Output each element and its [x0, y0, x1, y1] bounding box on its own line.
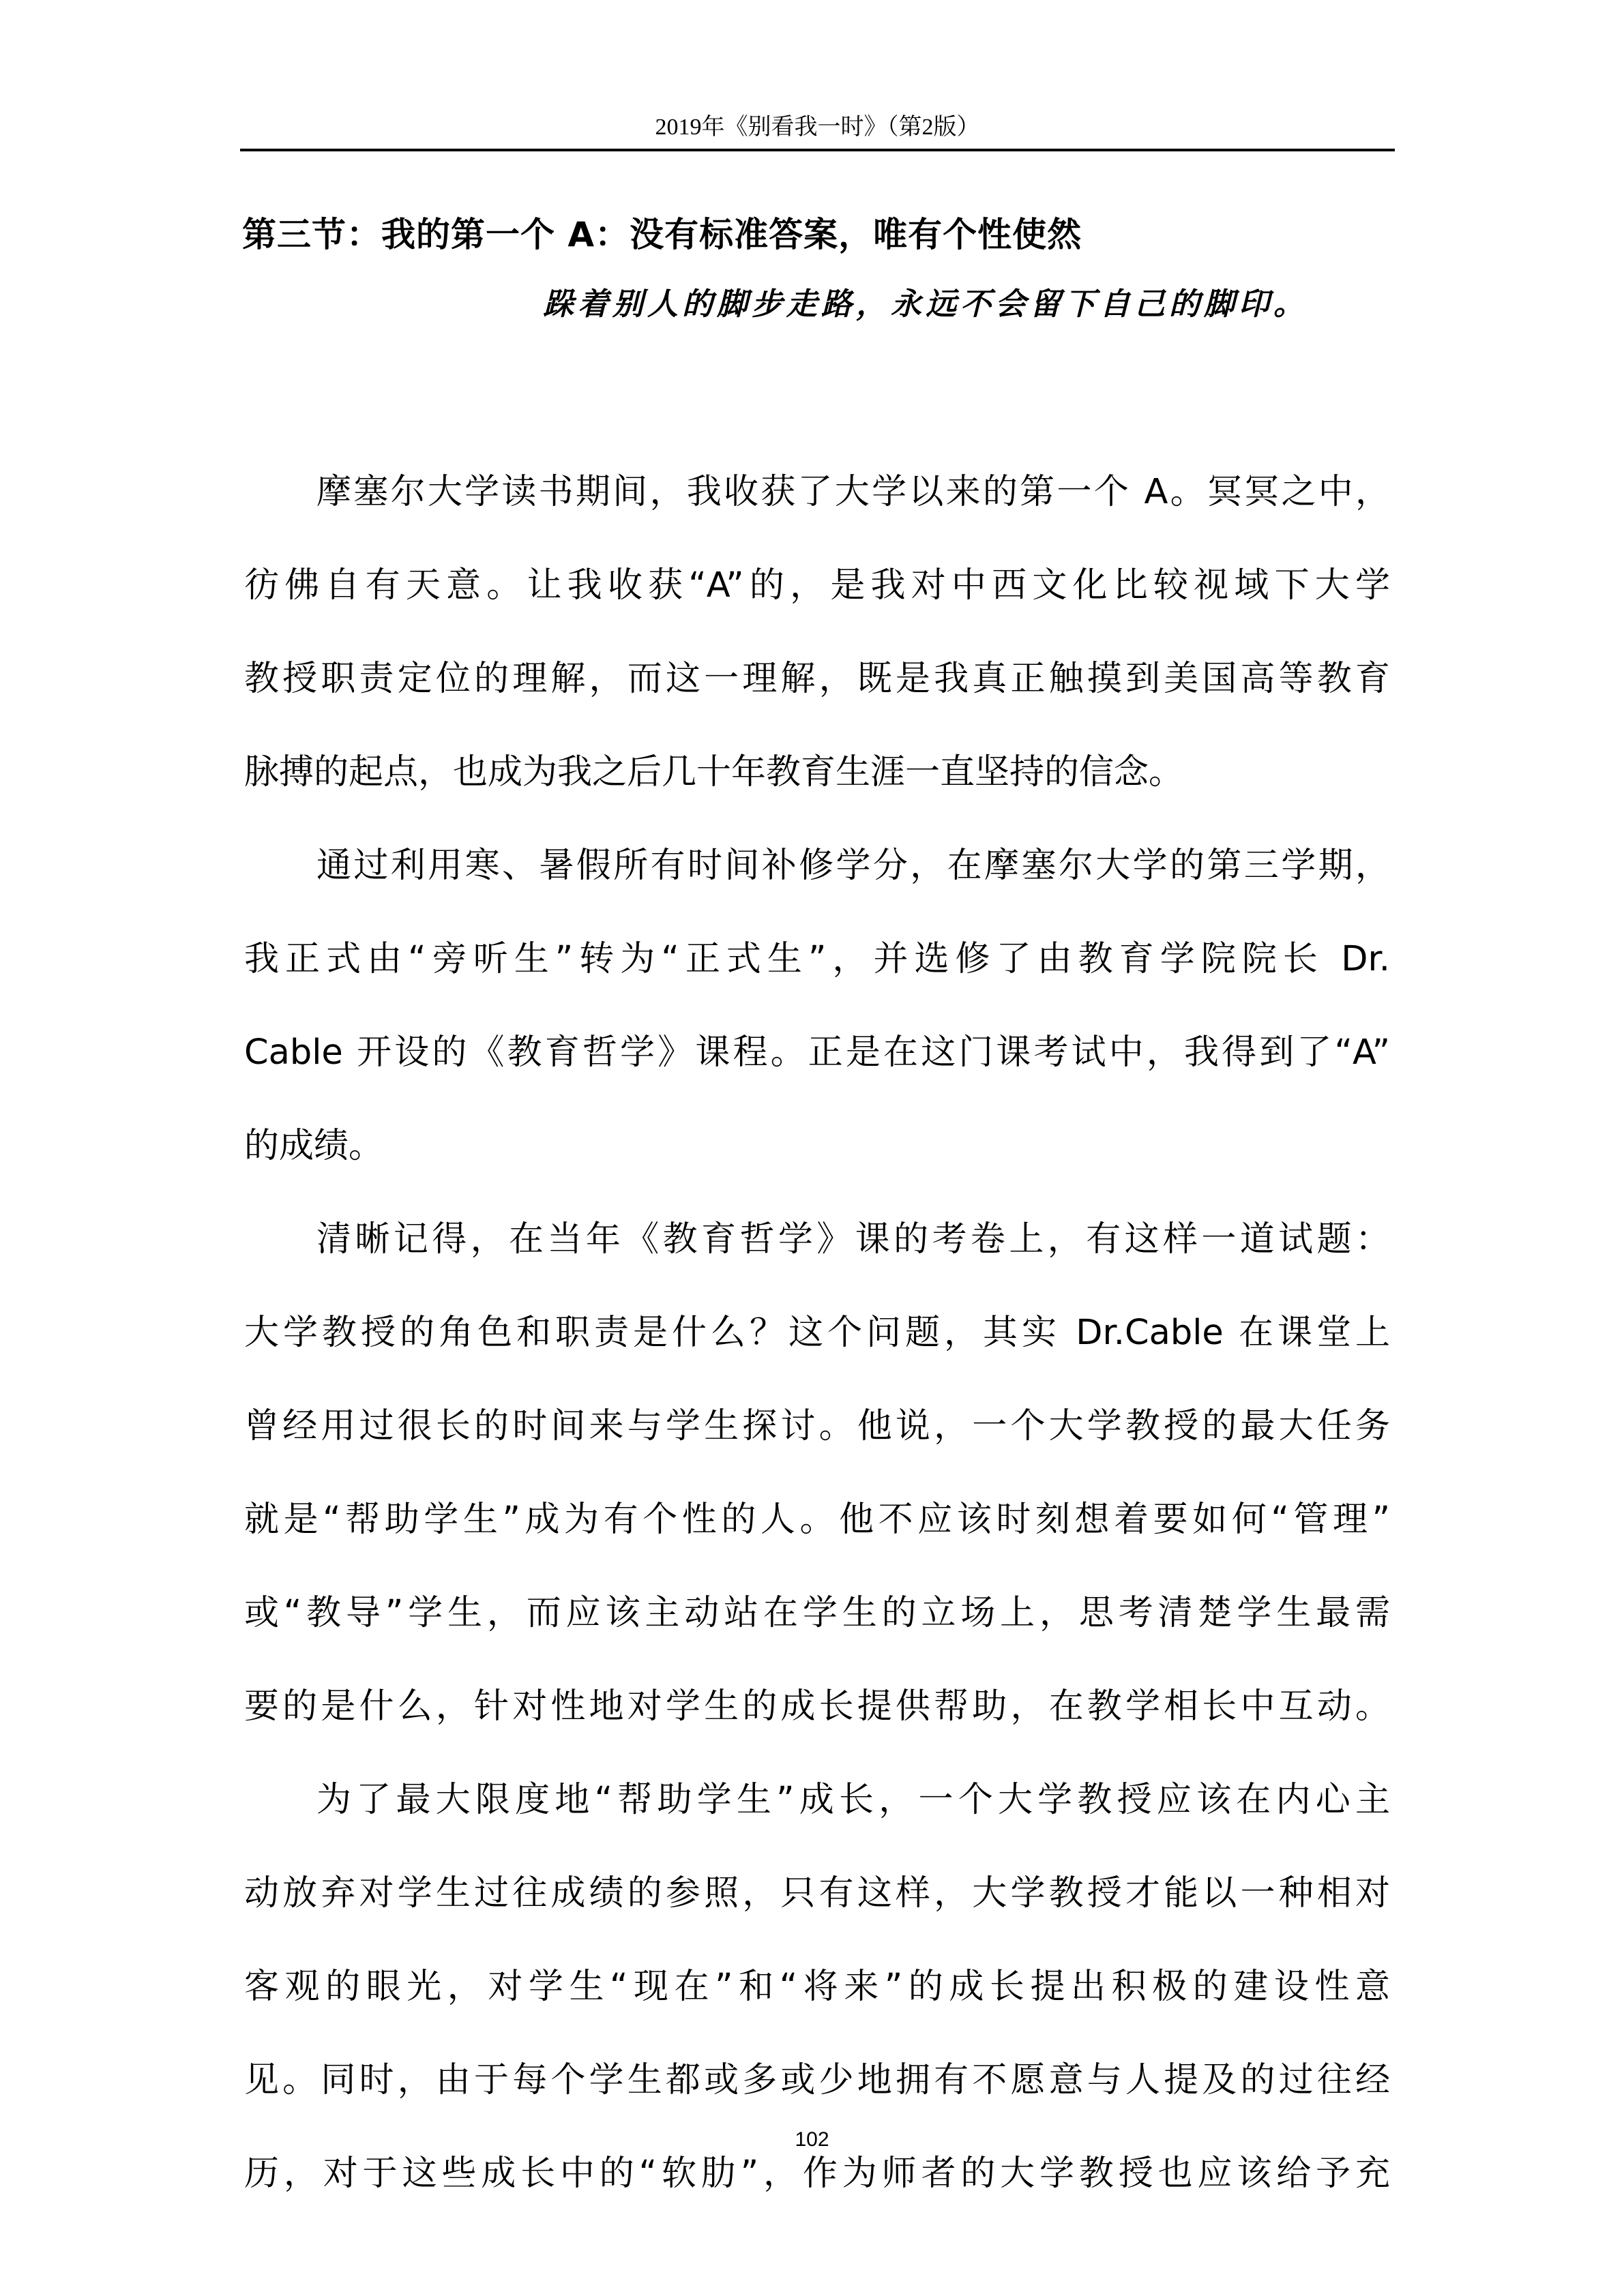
body-text: 摩塞尔大学读书期间，我收获了大学以来的第一个 A。冥冥之中，彷佛自有天意。让我收… — [244, 465, 1390, 2240]
running-header: 2019年《别看我一时》（第2版） — [240, 110, 1395, 145]
body-line: 要的是什么，针对性地对学生的成长提供帮助，在教学相长中互动。 — [244, 1680, 1390, 1773]
body-line: 客观的眼光，对学生“现在”和“将来”的成长提出积极的建设性意 — [244, 1960, 1390, 2053]
body-line: 的成绩。 — [244, 1119, 1390, 1212]
header-divider — [240, 149, 1395, 151]
body-line: 通过利用寒、暑假所有时间补修学分，在摩塞尔大学的第三学期， — [244, 839, 1390, 932]
body-line: 脉搏的起点，也成为我之后几十年教育生涯一直坚持的信念。 — [244, 745, 1390, 839]
body-line: 为了最大限度地“帮助学生”成长，一个大学教授应该在内心主 — [244, 1773, 1390, 1866]
body-line: 教授职责定位的理解，而这一理解，既是我真正触摸到美国高等教育 — [244, 652, 1390, 745]
body-line: 我正式由“旁听生”转为“正式生”，并选修了由教育学院院长 Dr. — [244, 932, 1390, 1026]
body-line: 就是“帮助学生”成为有个性的人。他不应该时刻想着要如何“管理” — [244, 1493, 1390, 1586]
document-page: 2019年《别看我一时》（第2版） 第三节：我的第一个 A：没有标准答案，唯有个… — [0, 0, 1624, 2296]
body-line: 彷佛自有天意。让我收获“A”的，是我对中西文化比较视域下大学 — [244, 558, 1390, 652]
body-line: 动放弃对学生过往成绩的参照，只有这样，大学教授才能以一种相对 — [244, 1866, 1390, 1960]
body-line: 或“教导”学生，而应该主动站在学生的立场上，思考清楚学生最需 — [244, 1586, 1390, 1680]
section-epigraph: 跺着别人的脚步走路，永远不会留下自己的脚印。 — [543, 282, 1396, 326]
body-line: 曾经用过很长的时间来与学生探讨。他说，一个大学教授的最大任务 — [244, 1399, 1390, 1493]
body-line: 清晰记得，在当年《教育哲学》课的考卷上，有这样一道试题： — [244, 1212, 1390, 1306]
body-line: Cable 开设的《教育哲学》课程。正是在这门课考试中，我得到了“A” — [244, 1026, 1390, 1119]
section-heading: 第三节：我的第一个 A：没有标准答案，唯有个性使然 — [242, 213, 1402, 256]
body-line: 大学教授的角色和职责是什么？这个问题，其实 Dr.Cable 在课堂上 — [244, 1306, 1390, 1399]
page-number: 102 — [0, 2126, 1624, 2153]
body-line: 历，对于这些成长中的“软肋”，作为师者的大学教授也应该给予充 — [244, 2147, 1390, 2240]
body-line: 摩塞尔大学读书期间，我收获了大学以来的第一个 A。冥冥之中， — [244, 465, 1390, 558]
